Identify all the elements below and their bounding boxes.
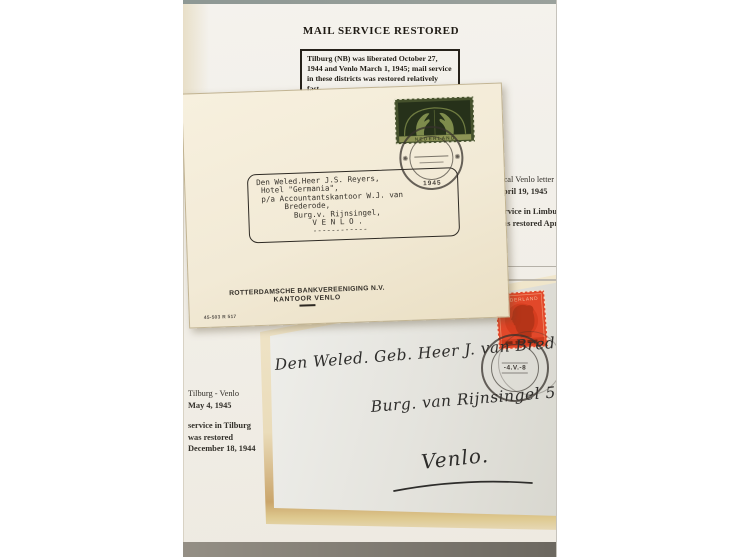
photo-of-album-page: MAIL SERVICE RESTORED Tilburg (NB) was l… <box>0 0 740 557</box>
overlapping-white-sheet <box>556 0 740 557</box>
note-line: Tilburg - Venlo <box>188 388 268 400</box>
white-margin-left <box>0 0 183 557</box>
note-line: local Venlo letter <box>497 174 557 186</box>
postmark-date-text: -4.V.-8 <box>502 363 528 374</box>
table-surface-bottom <box>183 542 560 557</box>
sender-underline <box>299 304 315 307</box>
rosette-ornament-icon: ✺ <box>454 154 460 161</box>
note-gap <box>188 411 268 420</box>
rosette-ornament-icon: ✺ <box>402 156 408 163</box>
sender-imprint: ROTTERDAMSCHE BANKVEREENIGING N.V. KANTO… <box>216 284 399 309</box>
note-line: December 18, 1944 <box>188 443 268 455</box>
note-line: April 19, 1945 <box>497 186 557 198</box>
page-left-edge-shading <box>183 4 209 104</box>
postmark-inner-ring <box>491 344 539 392</box>
note-line: May 4, 1945 <box>188 400 268 412</box>
page-title: MAIL SERVICE RESTORED <box>286 25 476 37</box>
note-line: was restored <box>188 432 268 444</box>
handwritten-underline-flourish <box>392 476 536 496</box>
printers-code: 45-503 R 517 <box>204 315 237 321</box>
note-line: service in Tilburg <box>188 420 268 432</box>
postmark-envelope2: -4.V.-8 <box>481 334 549 402</box>
envelope-typed-bank: NEDERLAND ✺ ✺ 1945 Den Weled.Heer J.S. R… <box>181 82 510 328</box>
note-left: Tilburg - Venlo May 4, 1945 service in T… <box>188 388 268 455</box>
postmark-inner-ring <box>409 135 455 181</box>
